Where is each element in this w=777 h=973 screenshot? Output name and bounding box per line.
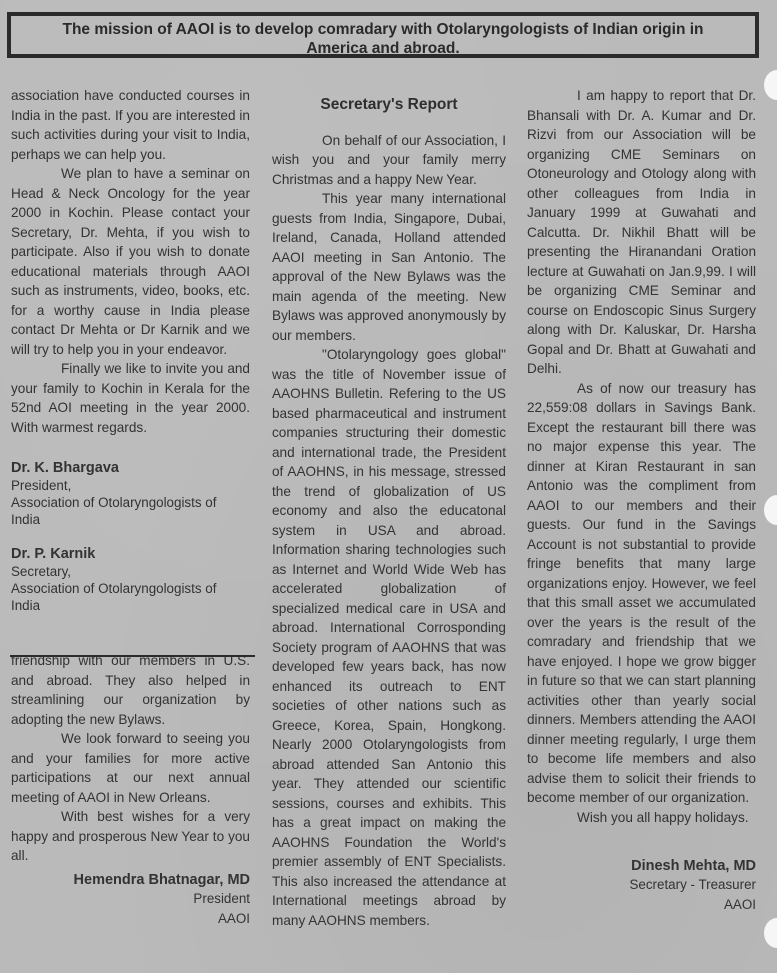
left-paragraph-3: Finally we like to invite you and your f… <box>11 359 250 437</box>
left-paragraph-2: We plan to have a seminar on Head & Neck… <box>11 164 250 359</box>
left-paragraph-6: With best wishes for a very happy and pr… <box>11 807 250 866</box>
closing-org: AAOI <box>11 909 250 929</box>
signatory-bhargava: Dr. K. Bhargava President, Association o… <box>11 459 250 528</box>
left-paragraph-1: association have conducted courses in In… <box>11 86 250 164</box>
closing-name: Hemendra Bhatnagar, MD <box>11 871 250 889</box>
right-paragraph-2: As of now our treasury has 22,559:08 dol… <box>527 379 756 808</box>
mission-line-1: The mission of AAOI is to develop comrad… <box>11 20 755 39</box>
closing-title: President <box>11 889 250 909</box>
signatory-org: Association of Otolaryngologists of <box>11 494 250 511</box>
middle-column: Secretary's Report On behalf of our Asso… <box>272 86 506 930</box>
signatory-org: Association of Otolaryngologists of <box>11 580 250 597</box>
signatory-title: President, <box>11 477 250 494</box>
signatory-name: Dr. K. Bhargava <box>11 459 250 477</box>
closing-name: Dinesh Mehta, MD <box>527 857 756 875</box>
left-column: association have conducted courses in In… <box>11 86 250 929</box>
right-paragraph-3: Wish you all happy holidays. <box>527 808 756 828</box>
right-paragraph-1: I am happy to report that Dr. Bhansali w… <box>527 86 756 379</box>
signatory-karnik: Dr. P. Karnik Secretary, Association of … <box>11 545 250 614</box>
signatory-name: Dr. P. Karnik <box>11 545 250 563</box>
middle-paragraph-1: On behalf of our Association, I wish you… <box>272 131 506 190</box>
secretary-report-title: Secretary's Report <box>272 95 506 115</box>
middle-paragraph-3: "Otolaryngology goes global" was the tit… <box>272 345 506 930</box>
right-column: I am happy to report that Dr. Bhansali w… <box>527 86 756 915</box>
signatory-org-cont: India <box>11 597 250 614</box>
mission-line-2: America and abroad. <box>11 39 755 58</box>
signatory-org-cont: India <box>11 511 250 528</box>
mission-statement-box: The mission of AAOI is to develop comrad… <box>7 12 759 58</box>
closing-title: Secretary - Treasurer <box>527 875 756 895</box>
closing-org: AAOI <box>527 895 756 915</box>
middle-paragraph-2: This year many international guests from… <box>272 189 506 345</box>
left-paragraph-4: friendship with our members in U.S. and … <box>11 651 250 729</box>
signatory-title: Secretary, <box>11 563 250 580</box>
section-divider <box>10 655 255 657</box>
left-paragraph-5: We look forward to seeing you and your f… <box>11 729 250 807</box>
